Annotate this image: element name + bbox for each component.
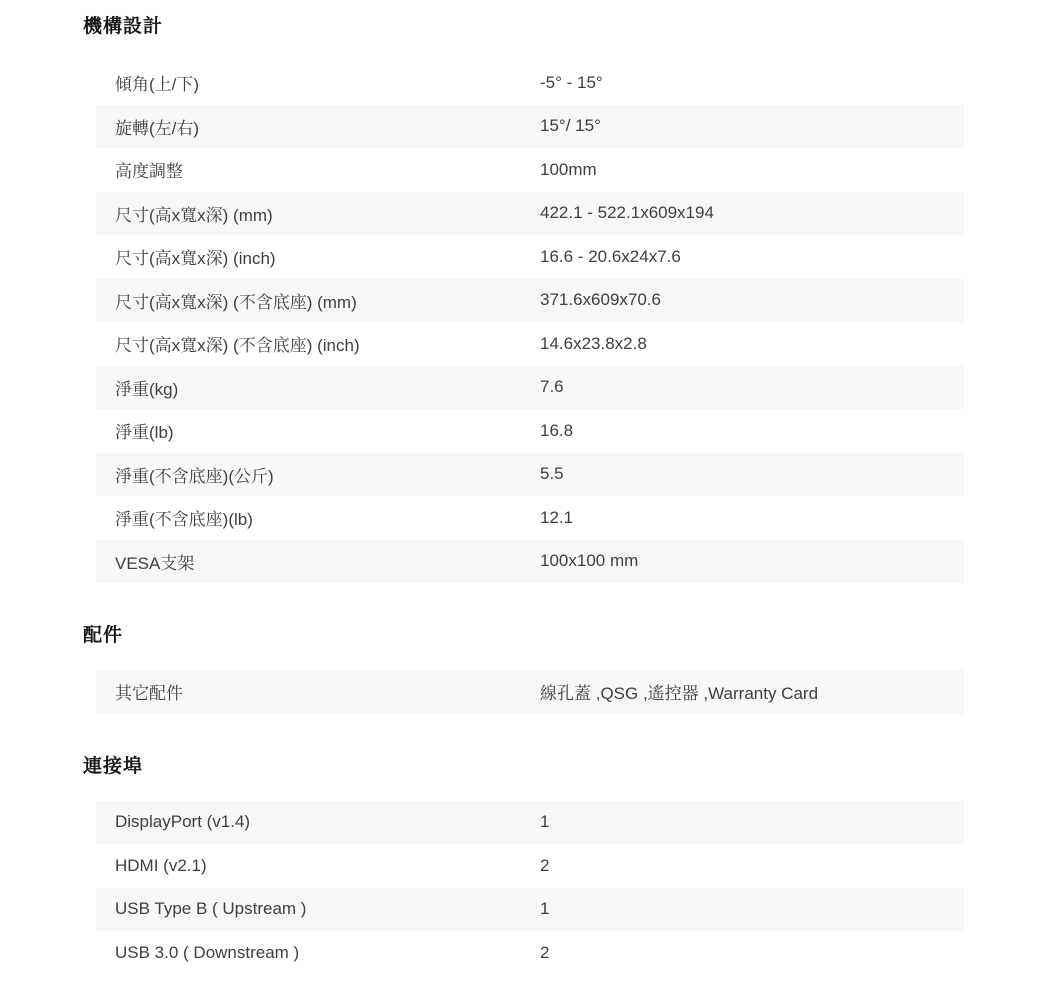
spec-value: 7.6 bbox=[540, 377, 964, 397]
spec-value: -5° - 15° bbox=[540, 73, 964, 93]
spec-value: 100x100 mm bbox=[540, 551, 964, 571]
spec-row: USB Type B ( Upstream )1 bbox=[96, 888, 964, 932]
spec-row: 尺寸(高x寬x深) (不含底座) (mm)371.6x609x70.6 bbox=[96, 279, 964, 323]
spec-row: 尺寸(高x寬x深) (inch)16.6 - 20.6x24x7.6 bbox=[96, 235, 964, 279]
spec-value: 5.5 bbox=[540, 464, 964, 484]
spec-label: 尺寸(高x寬x深) (不含底座) (inch) bbox=[96, 331, 540, 356]
spec-row: HDMI (v2.1)2 bbox=[96, 844, 964, 888]
spec-row: 其它配件線孔蓋 ,QSG ,遙控器 ,Warranty Card bbox=[96, 670, 964, 714]
spec-label: 高度調整 bbox=[96, 157, 540, 182]
spec-label: 傾角(上/下) bbox=[96, 70, 540, 95]
section-mechanical-design: 機構設計 傾角(上/下)-5° - 15°旋轉(左/右)15°/ 15°高度調整… bbox=[0, 15, 1040, 583]
spec-label: 淨重(不含底座)(lb) bbox=[96, 505, 540, 530]
spec-table-mechanical-design: 傾角(上/下)-5° - 15°旋轉(左/右)15°/ 15°高度調整100mm… bbox=[96, 61, 964, 583]
spec-table-accessories: 其它配件線孔蓋 ,QSG ,遙控器 ,Warranty Card bbox=[96, 670, 964, 714]
spec-value: 14.6x23.8x2.8 bbox=[540, 334, 964, 354]
spec-value: 2 bbox=[540, 943, 964, 963]
spec-label: 尺寸(高x寬x深) (不含底座) (mm) bbox=[96, 288, 540, 313]
spec-row: USB 3.0 ( Downstream )2 bbox=[96, 931, 964, 975]
spec-row: 淨重(不含底座)(lb)12.1 bbox=[96, 496, 964, 540]
spec-label: HDMI (v2.1) bbox=[96, 856, 540, 876]
spec-label: USB 3.0 ( Downstream ) bbox=[96, 943, 540, 963]
spec-value: 422.1 - 522.1x609x194 bbox=[540, 203, 964, 223]
spec-value: 12.1 bbox=[540, 508, 964, 528]
spec-value: 16.8 bbox=[540, 421, 964, 441]
spec-label: 淨重(lb) bbox=[96, 418, 540, 443]
spec-label: 淨重(不含底座)(公斤) bbox=[96, 462, 540, 487]
spec-label: VESA支架 bbox=[96, 549, 540, 574]
section-accessories: 配件 其它配件線孔蓋 ,QSG ,遙控器 ,Warranty Card bbox=[0, 624, 1040, 714]
spec-value: 371.6x609x70.6 bbox=[540, 290, 964, 310]
spec-label: 尺寸(高x寬x深) (mm) bbox=[96, 201, 540, 226]
spec-row: 淨重(不含底座)(公斤)5.5 bbox=[96, 453, 964, 497]
spec-value: 1 bbox=[540, 812, 964, 832]
spec-label: 旋轉(左/右) bbox=[96, 114, 540, 139]
section-title-mechanical-design: 機構設計 bbox=[83, 15, 1040, 39]
section-ports: 連接埠 DisplayPort (v1.4)1HDMI (v2.1)2USB T… bbox=[0, 755, 1040, 975]
spec-value: 15°/ 15° bbox=[540, 116, 964, 136]
spec-row: 淨重(kg)7.6 bbox=[96, 366, 964, 410]
spec-row: 高度調整100mm bbox=[96, 148, 964, 192]
spec-row: 旋轉(左/右)15°/ 15° bbox=[96, 105, 964, 149]
spec-row: 尺寸(高x寬x深) (mm)422.1 - 522.1x609x194 bbox=[96, 192, 964, 236]
section-title-ports: 連接埠 bbox=[83, 755, 1040, 779]
spec-value: 1 bbox=[540, 899, 964, 919]
spec-value: 線孔蓋 ,QSG ,遙控器 ,Warranty Card bbox=[540, 679, 964, 704]
spec-value: 100mm bbox=[540, 160, 964, 180]
spec-row: 尺寸(高x寬x深) (不含底座) (inch)14.6x23.8x2.8 bbox=[96, 322, 964, 366]
spec-row: 淨重(lb)16.8 bbox=[96, 409, 964, 453]
spec-value: 2 bbox=[540, 856, 964, 876]
spec-row: VESA支架100x100 mm bbox=[96, 540, 964, 584]
section-title-accessories: 配件 bbox=[83, 624, 1040, 648]
spec-row: DisplayPort (v1.4)1 bbox=[96, 801, 964, 845]
spec-label: 淨重(kg) bbox=[96, 375, 540, 400]
spec-value: 16.6 - 20.6x24x7.6 bbox=[540, 247, 964, 267]
spec-label: USB Type B ( Upstream ) bbox=[96, 899, 540, 919]
spec-row: 傾角(上/下)-5° - 15° bbox=[96, 61, 964, 105]
spec-label: DisplayPort (v1.4) bbox=[96, 812, 540, 832]
spec-label: 尺寸(高x寬x深) (inch) bbox=[96, 244, 540, 269]
spec-page: 機構設計 傾角(上/下)-5° - 15°旋轉(左/右)15°/ 15°高度調整… bbox=[0, 0, 1040, 975]
spec-label: 其它配件 bbox=[96, 679, 540, 704]
spec-table-ports: DisplayPort (v1.4)1HDMI (v2.1)2USB Type … bbox=[96, 801, 964, 975]
